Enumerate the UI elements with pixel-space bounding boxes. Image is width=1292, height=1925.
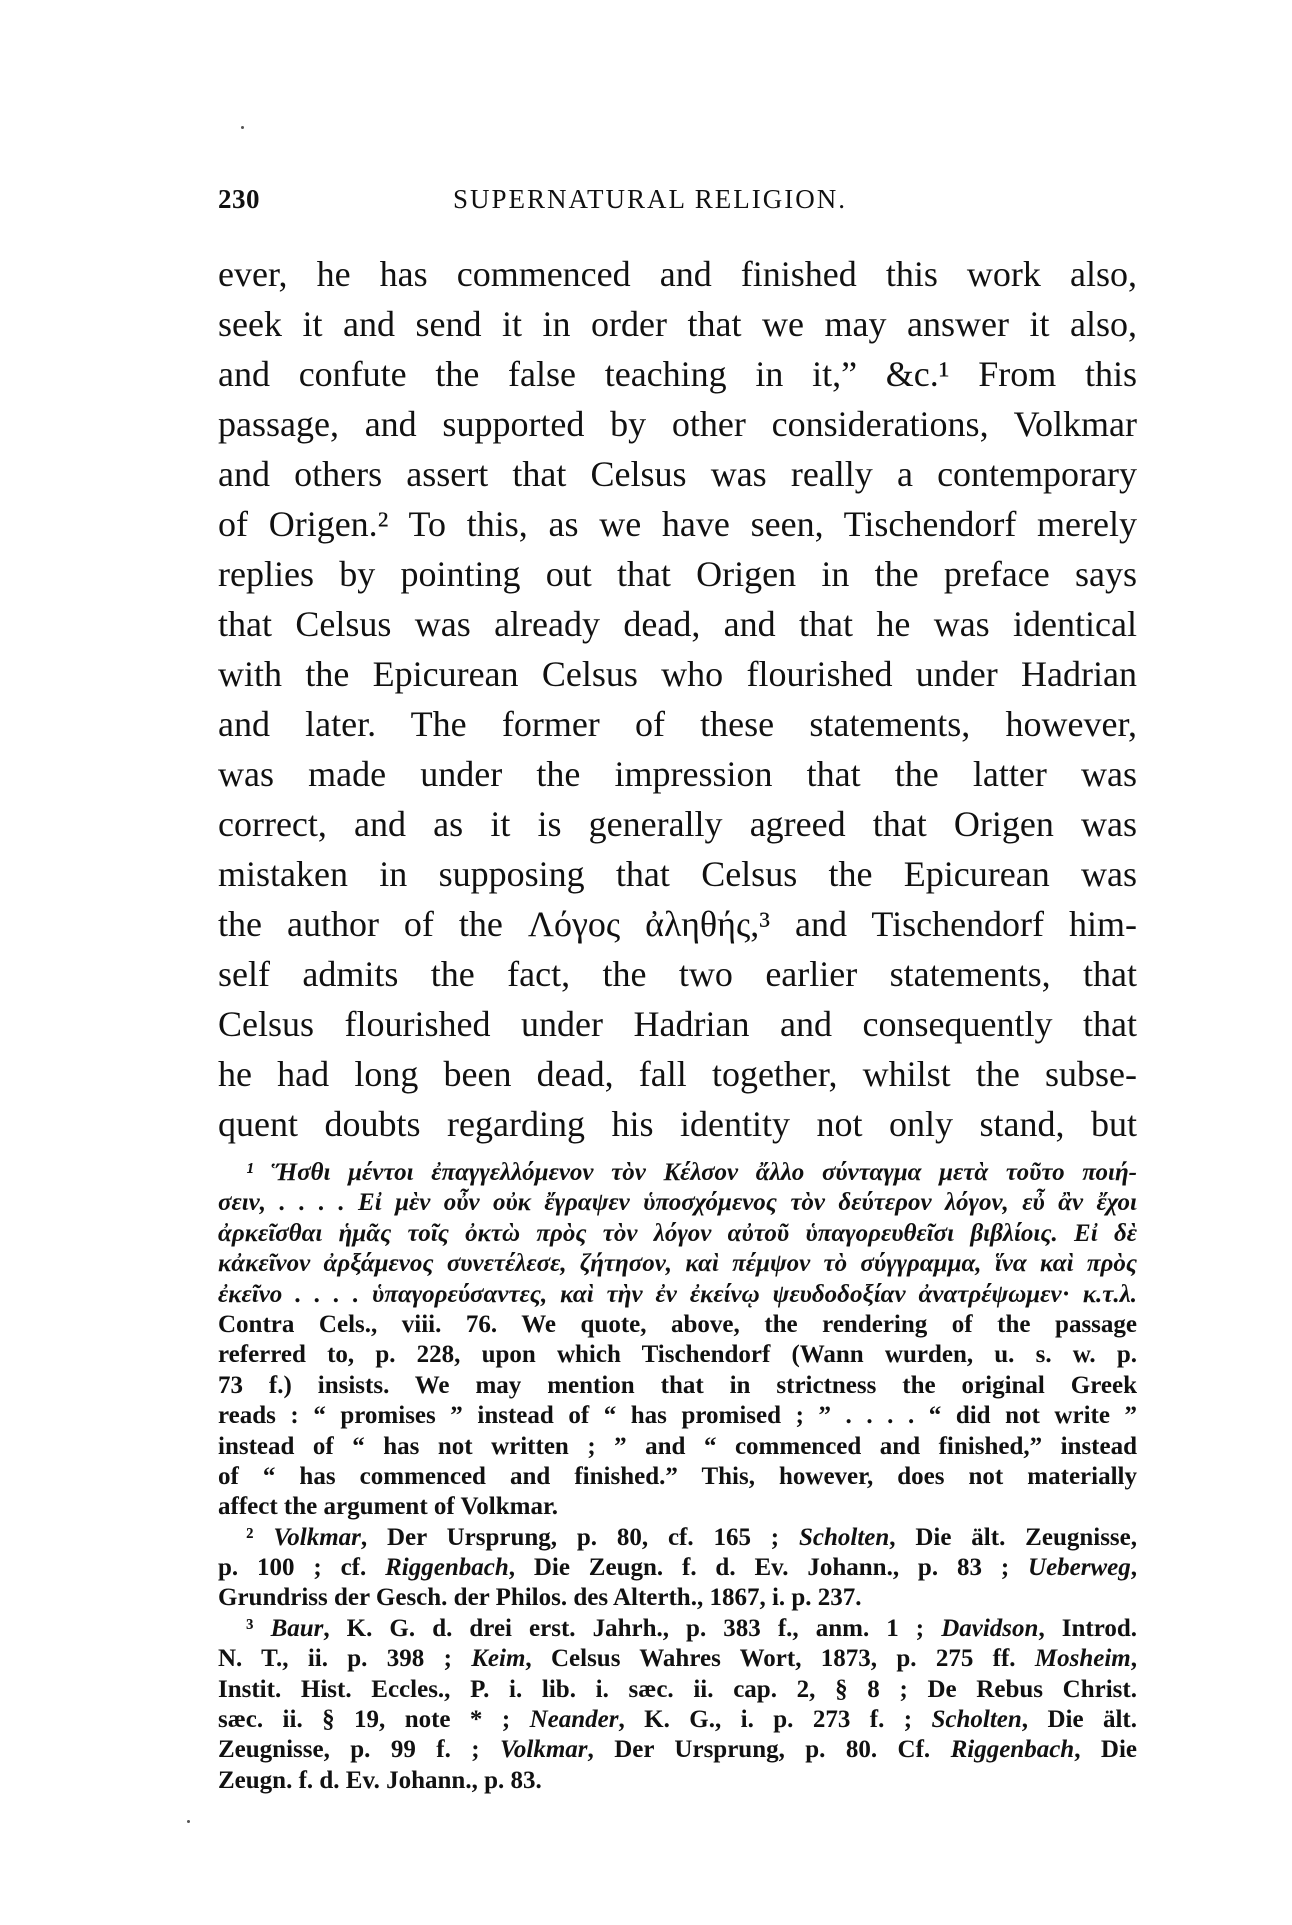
- footnote-line: reads : “ promises ” instead of “ has pr…: [218, 1401, 1137, 1431]
- footnote-line: 73 f.) insists. We may mention that in s…: [218, 1371, 1137, 1401]
- footnote-line: ἐκεῖνο . . . . ὑπαγορεύσαντες, καὶ τὴν ἐ…: [218, 1280, 1137, 1310]
- author-name: Ueberweg: [1028, 1554, 1131, 1581]
- author-name: Volkmar: [273, 1524, 361, 1551]
- footnote-2: ² Volkmar, Der Ursprung, p. 80, cf. 165 …: [218, 1523, 1137, 1614]
- body-line: and others assert that Celsus was really…: [218, 449, 1137, 499]
- author-name: Scholten: [932, 1706, 1022, 1733]
- running-title: SUPERNATURAL RELIGION.: [453, 184, 847, 215]
- body-line: passage, and supported by other consider…: [218, 399, 1137, 449]
- author-name: Davidson: [941, 1615, 1038, 1642]
- author-name: Riggenbach: [951, 1736, 1075, 1763]
- footnote-3: ³ Baur, K. G. d. drei erst. Jahrh., p. 3…: [218, 1614, 1137, 1796]
- footnote-1: ¹ Ἥσθι μέντοι ἐπαγγελλόμενον τὸν Κέλσον …: [218, 1158, 1137, 1523]
- footnote-line: of “ has commenced and finished.” This, …: [218, 1462, 1137, 1492]
- footnote-line: p. 100 ; cf. Riggenbach, Die Zeugn. f. d…: [218, 1553, 1137, 1583]
- body-line: the author of the Λόγος ἀληθής,³ and Tis…: [218, 899, 1137, 949]
- author-name: Baur: [271, 1615, 324, 1642]
- body-text: ever, he has commenced and finished this…: [218, 249, 1137, 1149]
- body-line: ever, he has commenced and finished this…: [218, 249, 1137, 299]
- body-line: and confute the false teaching in it,” &…: [218, 349, 1137, 399]
- body-line: with the Epicurean Celsus who flourished…: [218, 649, 1137, 699]
- book-page: 230 SUPERNATURAL RELIGION. ever, he has …: [0, 0, 1292, 1925]
- body-line: quent doubts regarding his identity not …: [218, 1099, 1137, 1149]
- body-line: that Celsus was already dead, and that h…: [218, 599, 1137, 649]
- footnote-line: Instit. Hist. Eccles., P. i. lib. i. sæc…: [218, 1675, 1137, 1705]
- body-line: Celsus flourished under Hadrian and cons…: [218, 999, 1137, 1049]
- footnote-line: ¹ Ἥσθι μέντοι ἐπαγγελλόμενον τὸν Κέλσον …: [218, 1158, 1137, 1188]
- footnote-line: Zeugn. f. d. Ev. Johann., p. 83.: [218, 1766, 1137, 1796]
- body-line: seek it and send it in order that we may…: [218, 299, 1137, 349]
- body-line: was made under the impression that the l…: [218, 749, 1137, 799]
- body-line: self admits the fact, the two earlier st…: [218, 949, 1137, 999]
- footnote-line: κἀκεῖνον ἀρξάμενος συνετέλεσε, ζήτησον, …: [218, 1249, 1137, 1279]
- footnote-line: referred to, p. 228, upon which Tischend…: [218, 1340, 1137, 1370]
- footnote-line: ³ Baur, K. G. d. drei erst. Jahrh., p. 3…: [218, 1614, 1137, 1644]
- author-name: Mosheim: [1035, 1645, 1131, 1672]
- author-name: Volkmar: [500, 1736, 588, 1763]
- footnote-line: ἀρκεῖσθαι ἡμᾶς τοῖς ὀκτὼ πρὸς τὸν λόγον …: [218, 1219, 1137, 1249]
- body-line: mistaken in supposing that Celsus the Ep…: [218, 849, 1137, 899]
- footnote-line: Zeugnisse, p. 99 f. ; Volkmar, Der Urspr…: [218, 1735, 1137, 1765]
- footnote-line: Grundriss der Gesch. der Philos. des Alt…: [218, 1583, 1137, 1613]
- author-name: Riggenbach: [385, 1554, 509, 1581]
- footnote-line: N. T., ii. p. 398 ; Keim, Celsus Wahres …: [218, 1644, 1137, 1674]
- body-line: he had long been dead, fall together, wh…: [218, 1049, 1137, 1099]
- footnote-line: sæc. ii. § 19, note * ; Neander, K. G., …: [218, 1705, 1137, 1735]
- body-line: correct, and as it is generally agreed t…: [218, 799, 1137, 849]
- author-name: Keim: [471, 1645, 525, 1672]
- footnote-line: instead of “ has not written ; ” and “ c…: [218, 1432, 1137, 1462]
- footnotes: ¹ Ἥσθι μέντοι ἐπαγγελλόμενον τὸν Κέλσον …: [218, 1158, 1137, 1796]
- body-line: and later. The former of these statement…: [218, 699, 1137, 749]
- scan-speck: [187, 1820, 190, 1823]
- footnote-line: affect the argument of Volkmar.: [218, 1492, 1137, 1522]
- scan-speck: [241, 126, 244, 129]
- footnote-line: ² Volkmar, Der Ursprung, p. 80, cf. 165 …: [218, 1523, 1137, 1553]
- footnote-line: Contra Cels., viii. 76. We quote, above,…: [218, 1310, 1137, 1340]
- author-name: Scholten: [799, 1524, 889, 1551]
- body-line: replies by pointing out that Origen in t…: [218, 549, 1137, 599]
- running-head: 230 SUPERNATURAL RELIGION.: [218, 184, 1137, 218]
- footnote-line: σειν, . . . . Εἰ μὲν οὖν οὐκ ἔγραψεν ὑπο…: [218, 1188, 1137, 1218]
- body-line: of Origen.² To this, as we have seen, Ti…: [218, 499, 1137, 549]
- page-number: 230: [218, 184, 260, 215]
- author-name: Neander: [530, 1706, 619, 1733]
